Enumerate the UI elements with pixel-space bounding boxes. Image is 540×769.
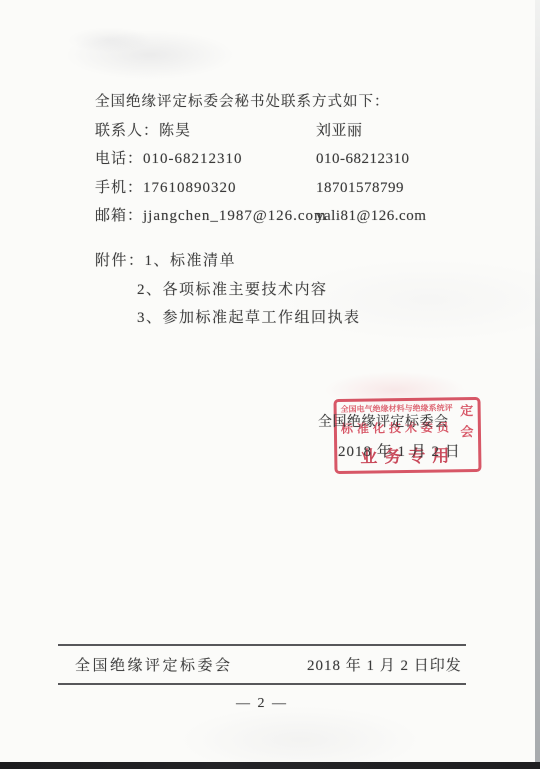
contact-label: 手机： <box>95 180 143 196</box>
contact-row-phone: 电话：010-68212310 010-68212310 <box>95 145 485 174</box>
attachment-item-text: 3、参加标准起草工作组回执表 <box>137 310 361 326</box>
attachment-item-text: 1、标准清单 <box>145 253 237 269</box>
contact-value: 010-68212310 <box>143 151 243 167</box>
contact-value: 陈昊 <box>159 123 191 139</box>
contact-row-person: 联系人：陈昊 刘亚丽 <box>95 117 485 146</box>
contact-row-mobile: 手机：17610890320 18701578799 <box>95 174 485 203</box>
signature-date: 2018 年 1 月 2 日 <box>338 440 461 461</box>
official-seal: 全国电气绝缘材料与绝缘系统评 标准化技术委员 定 会 业务专用 <box>333 397 481 474</box>
page-number: — 2 — <box>0 696 524 712</box>
contact-value-col2: 刘亚丽 <box>316 117 363 146</box>
contact-label: 邮箱： <box>95 208 143 224</box>
contact-intro: 全国绝缘评定标委会秘书处联系方式如下： <box>95 88 485 117</box>
attachments-label: 附件： <box>95 253 145 269</box>
scanned-document-page: { "document": { "contact": { "intro": "全… <box>0 0 540 769</box>
attachment-item: 2、各项标准主要技术内容 <box>95 276 455 305</box>
attachment-item-text: 2、各项标准主要技术内容 <box>137 282 328 298</box>
contact-value-col2: 18701578799 <box>316 174 404 203</box>
contact-value: jjangchen_1987@126.com <box>143 208 327 224</box>
footer-rule-bottom <box>58 683 466 685</box>
contact-value-col2: yali81@126.com <box>316 202 426 231</box>
attachments-section: 附件：1、标准清单 2、各项标准主要技术内容 3、参加标准起草工作组回执表 <box>95 247 455 333</box>
contact-row-email: 邮箱：jjangchen_1987@126.com yali81@126.com <box>95 202 485 231</box>
seal-tail-column: 定 会 <box>459 402 476 438</box>
footer-rule-top <box>58 644 466 646</box>
contact-label: 联系人： <box>95 123 159 139</box>
contact-section: 全国绝缘评定标委会秘书处联系方式如下： 联系人：陈昊 刘亚丽 电话：010-68… <box>95 88 485 231</box>
scan-edge-right <box>535 0 540 769</box>
attachment-item: 附件：1、标准清单 <box>95 247 455 276</box>
contact-value: 17610890320 <box>143 180 237 196</box>
seal-org-line2-tail: 会 <box>459 425 475 438</box>
footer-issuer: 全国绝缘评定标委会 <box>75 654 233 675</box>
contact-value-col2: 010-68212310 <box>316 145 410 174</box>
seal-org-line1-tail: 定 <box>459 404 475 417</box>
footer-print-date: 2018 年 1 月 2 日印发 <box>307 654 462 675</box>
scan-edge-bottom <box>0 762 540 769</box>
signature-organization: 全国绝缘评定标委会 <box>318 411 449 431</box>
contact-label: 电话： <box>95 151 143 167</box>
attachment-item: 3、参加标准起草工作组回执表 <box>95 304 455 333</box>
